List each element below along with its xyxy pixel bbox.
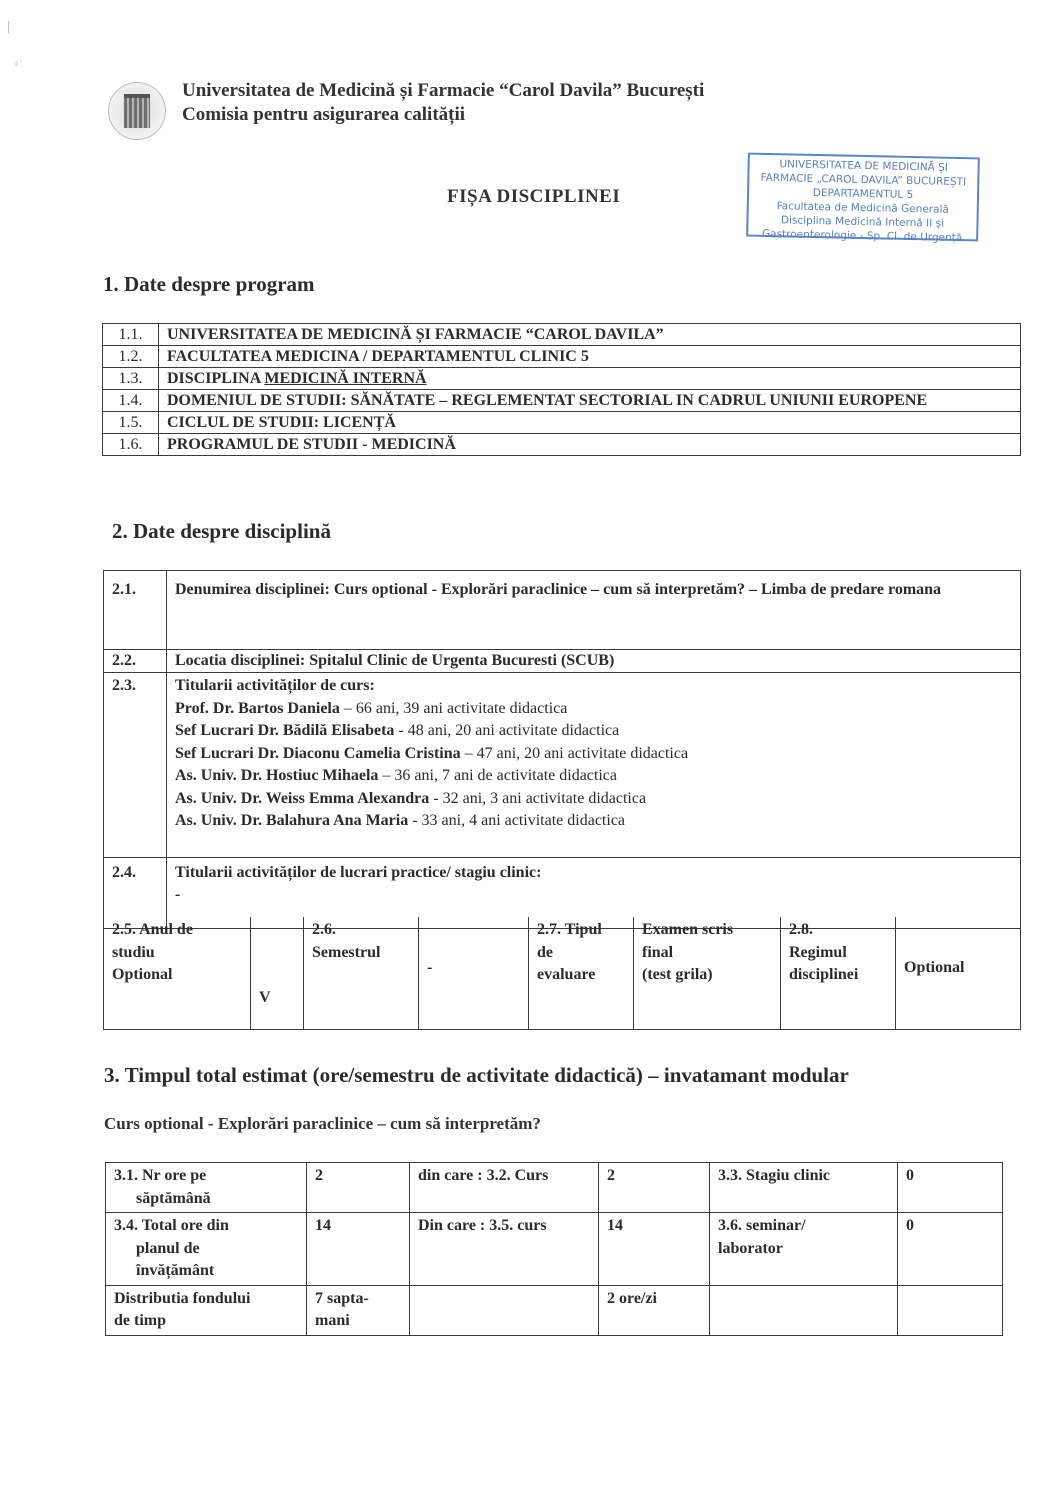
department-stamp: UNIVERSITATEA DE MEDICINĂ ȘI FARMACIE „C… bbox=[746, 153, 980, 242]
course-holder: Sef Lucrari Dr. Diaconu Camelia Cristina… bbox=[175, 743, 1012, 766]
course-holder: As. Univ. Dr. Balahura Ana Maria - 33 an… bbox=[175, 810, 1012, 833]
section-3-subtitle: Curs optional - Explorări paraclinice – … bbox=[104, 1114, 541, 1134]
scan-mark: ⁄ bbox=[4, 20, 14, 35]
discipline-details-table: 2.5. Anul de studiu Optional V 2.6. Seme… bbox=[103, 917, 1021, 1030]
table-row: 3.4. Total ore dinplanul deînvățământ 14… bbox=[106, 1213, 1003, 1286]
table-row: 3.1. Nr ore pesăptămână 2 din care : 3.2… bbox=[106, 1163, 1003, 1213]
course-holder: Prof. Dr. Bartos Daniela – 66 ani, 39 an… bbox=[175, 698, 1012, 721]
time-table: 3.1. Nr ore pesăptămână 2 din care : 3.2… bbox=[105, 1162, 1003, 1336]
university-name: Universitatea de Medicină și Farmacie “C… bbox=[182, 79, 704, 103]
course-holder: As. Univ. Dr. Weiss Emma Alexandra - 32 … bbox=[175, 788, 1012, 811]
table-row: 2.3. Titularii activităților de curs: Pr… bbox=[104, 673, 1021, 858]
table-row: 1.4.DOMENIUL DE STUDII: SĂNĂTATE – REGLE… bbox=[103, 390, 1021, 412]
table-row: 1.5.CICLUL DE STUDII: LICENȚĂ bbox=[103, 412, 1021, 434]
scan-mark: ᵍ´ bbox=[14, 60, 23, 71]
program-table: 1.1.UNIVERSITATEA DE MEDICINĂ ȘI FARMACI… bbox=[102, 323, 1021, 456]
course-holder: Sef Lucrari Dr. Bădilă Elisabeta - 48 an… bbox=[175, 720, 1012, 743]
table-row: 1.1.UNIVERSITATEA DE MEDICINĂ ȘI FARMACI… bbox=[103, 324, 1021, 346]
table-row: 2.1. Denumirea disciplinei: Curs optiona… bbox=[104, 571, 1021, 650]
course-holder: As. Univ. Dr. Hostiuc Mihaela – 36 ani, … bbox=[175, 765, 1012, 788]
document-title: FIȘA DISCIPLINEI bbox=[447, 186, 620, 208]
university-seal-icon bbox=[108, 82, 166, 140]
table-row: 1.3.DISCIPLINA MEDICINĂ INTERNĂ bbox=[103, 368, 1021, 390]
table-row: 1.6.PROGRAMUL DE STUDII - MEDICINĂ bbox=[103, 434, 1021, 456]
section-1-title: 1. Date despre program bbox=[103, 272, 315, 297]
table-row: 2.5. Anul de studiu Optional V 2.6. Seme… bbox=[104, 917, 1021, 1030]
commission-name: Comisia pentru asigurarea calității bbox=[182, 103, 704, 127]
document-header: Universitatea de Medicină și Farmacie “C… bbox=[182, 79, 704, 127]
table-row: Distributia fonduluide timp 7 sapta-mani… bbox=[106, 1285, 1003, 1335]
table-row: 1.2.FACULTATEA MEDICINA / DEPARTAMENTUL … bbox=[103, 346, 1021, 368]
section-3-title: 3. Timpul total estimat (ore/semestru de… bbox=[104, 1063, 849, 1088]
table-row: 2.2. Locatia disciplinei: Spitalul Clini… bbox=[104, 650, 1021, 673]
section-2-title: 2. Date despre disciplină bbox=[112, 519, 331, 544]
discipline-table: 2.1. Denumirea disciplinei: Curs optiona… bbox=[103, 570, 1021, 929]
